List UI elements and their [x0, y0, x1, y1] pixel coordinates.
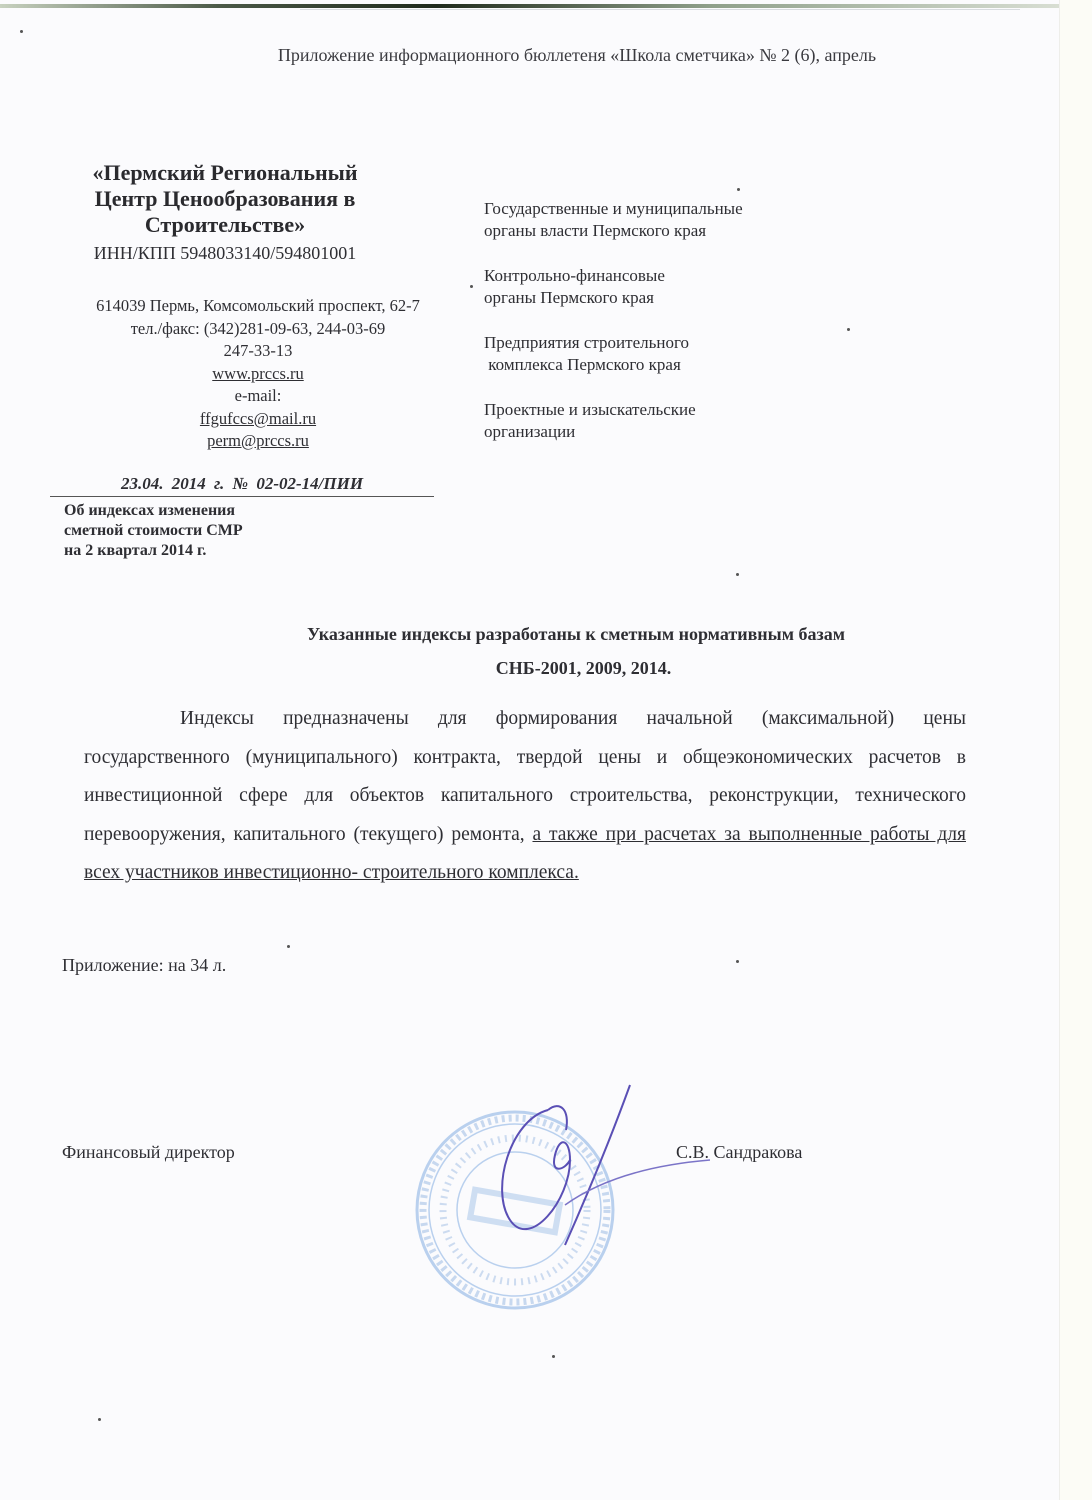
recipients-list: Государственные и муниципальные органы в…: [484, 198, 814, 466]
signer-title: Финансовый директор: [62, 1142, 235, 1163]
org-inn-kpp: ИНН/КПП 5948033140/594801001: [50, 242, 400, 264]
org-name-line-3: Строительстве»: [50, 212, 400, 238]
email-link-1[interactable]: ffgufccs@mail.ru: [200, 409, 316, 428]
scan-speck: [20, 30, 23, 33]
sender-organization: «Пермский Региональный Центр Ценообразов…: [50, 160, 400, 264]
scan-right-edge: [1059, 0, 1092, 1500]
outgoing-date-number: 23.04. 2014 г. № 02-02-14/ПИИ: [50, 474, 434, 497]
sender-contacts: 614039 Пермь, Комсомольский проспект, 62…: [48, 295, 468, 453]
outgoing-date: 23.04. 2014 г.: [121, 474, 224, 493]
signature-icon: [470, 1080, 710, 1280]
signer-name: С.В. Сандракова: [676, 1142, 802, 1163]
letter-heading: Указанные индексы разработаны к сметным …: [0, 617, 1092, 685]
scan-speck: [737, 188, 740, 191]
outgoing-number: 02-02-14/ПИИ: [256, 474, 363, 493]
number-sign: №: [233, 474, 249, 493]
email-link-2[interactable]: perm@prccs.ru: [207, 431, 309, 450]
scan-speck: [98, 1418, 101, 1421]
letter-body: Индексы предназначены для формирования н…: [84, 700, 966, 893]
scan-speck: [552, 1355, 555, 1358]
recipient-item: Проектные и изыскательские организации: [484, 399, 814, 443]
bulletin-header: Приложение информационного бюллетеня «Шк…: [0, 45, 1092, 66]
attachment-note: Приложение: на 34 л.: [62, 955, 226, 976]
heading-line-1: Указанные индексы разработаны к сметным …: [60, 617, 1092, 651]
scan-speck: [736, 960, 739, 963]
scan-speck: [736, 573, 739, 576]
recipient-item: Контрольно-финансовые органы Пермского к…: [484, 265, 814, 309]
letter-subject: Об индексах изменения сметной стоимости …: [64, 501, 434, 561]
recipient-item: Государственные и муниципальные органы в…: [484, 198, 814, 242]
scan-speck: [470, 285, 473, 288]
org-name-line-1: «Пермский Региональный: [50, 160, 400, 186]
outgoing-reference: 23.04. 2014 г. № 02-02-14/ПИИ Об индекса…: [50, 474, 434, 561]
heading-line-2: СНБ-2001, 2009, 2014.: [75, 651, 1092, 685]
recipient-item: Предприятия строительного комплекса Перм…: [484, 332, 814, 376]
scan-top-edge-shadow: [300, 9, 1020, 10]
scan-speck: [847, 328, 850, 331]
sender-phone-fax: тел./факс: (342)281-09-63, 244-03-69: [48, 318, 468, 341]
org-name-line-2: Центр Ценообразования в: [50, 186, 400, 212]
email-label: e-mail:: [48, 385, 468, 408]
scan-top-edge: [0, 4, 1092, 8]
sender-phone-extra: 247-33-13: [48, 340, 468, 363]
website-link[interactable]: www.prccs.ru: [212, 364, 303, 383]
scan-speck: [287, 945, 290, 948]
sender-address: 614039 Пермь, Комсомольский проспект, 62…: [48, 295, 468, 318]
